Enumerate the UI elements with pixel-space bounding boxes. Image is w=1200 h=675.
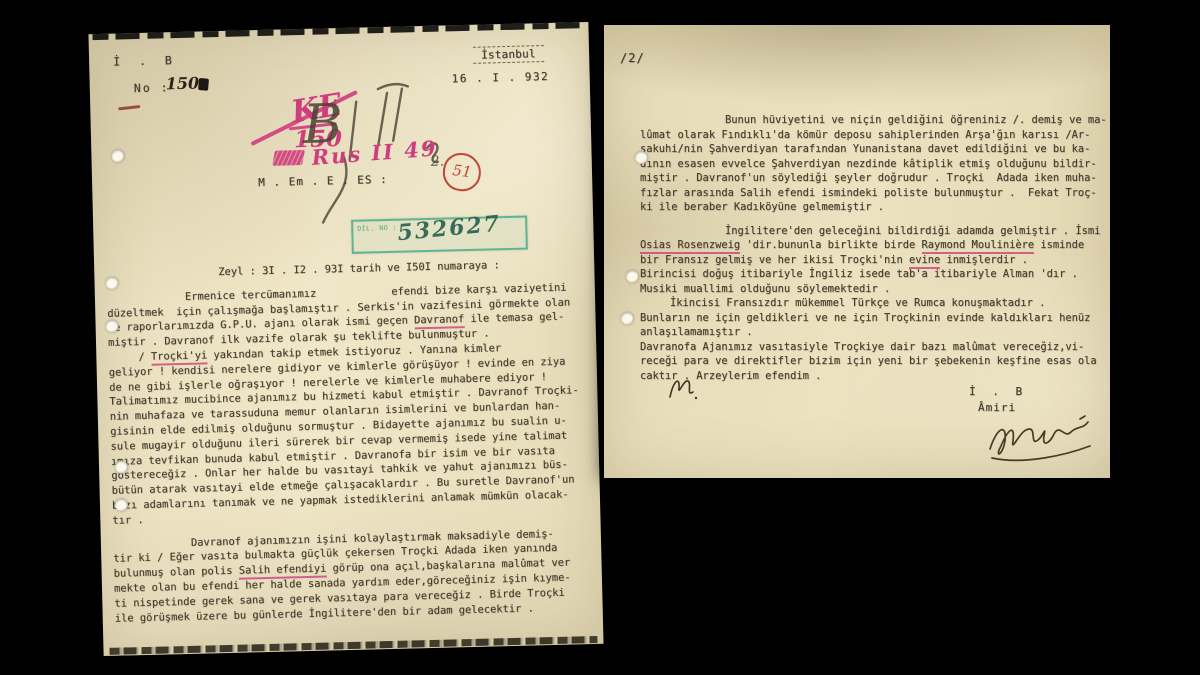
typed-text-line: miştir . Davranof'un söylediği şeyler do… <box>640 171 1104 186</box>
document-no-label: No : <box>134 80 170 95</box>
typed-text: lûmat olarak Fındıklı'da kömür deposu sa… <box>640 129 1090 141</box>
document-no-number: 150 <box>165 73 209 93</box>
pink-underlined-text: Raymond Moulinière <box>922 239 1035 254</box>
typed-text: receği para ve direktifler bizim için ye… <box>640 355 1097 367</box>
typed-text-line: Bunların ne için geldikleri ve ne için T… <box>640 311 1104 326</box>
city-name: İstanbul <box>473 45 544 64</box>
paraph-mark <box>662 371 700 405</box>
closing-org: İ . B <box>969 385 1027 398</box>
typed-text-line: receği para ve direktifler bizim için ye… <box>640 354 1104 369</box>
typed-text-line: caktır . Arzeylerim efendim . <box>640 369 1104 384</box>
pink-scribble-block <box>272 150 305 166</box>
document-date: 16 . I . 932 <box>452 70 550 85</box>
typed-text-line: anlaşılamamıştır . <box>640 325 1104 340</box>
typed-text: fızlar arasında Salih efendi ismindeki p… <box>640 187 1097 199</box>
punch-hole <box>626 270 639 283</box>
letter-page-2: /2/ Bunun hüviyetini ve niçin geldiğini … <box>604 25 1110 478</box>
typed-text: miştir . Davranof'un söylediği şeyler do… <box>640 172 1097 184</box>
pink-underlined-text: Osias Rosenzweig <box>640 239 740 254</box>
typed-text-line: Bunun hüviyetini ve niçin geldiğini öğre… <box>640 113 1104 128</box>
scan-background: { "page1": { "header": { "org": "İ . B",… <box>0 0 1200 675</box>
ink-blot <box>198 78 209 91</box>
typed-text: Zeyl : 3I . I2 . 93I tarih ve I50I numar… <box>218 259 500 278</box>
typed-text: dının esasen evvelce Şahverdiyan nezdind… <box>640 158 1097 170</box>
page1-body-text: Zeyl : 3I . I2 . 93I tarih ve I50I numar… <box>106 256 591 626</box>
typed-text: Bunun hüviyetini ve niçin geldiğini öğre… <box>725 114 1107 126</box>
org-abbreviation: İ . B <box>113 53 178 69</box>
typed-text: ile temasa gel- <box>464 311 564 325</box>
typed-text-line: Birincisi doğuş itibariyle İngiliz isede… <box>640 267 1104 282</box>
typed-text: bulunmuş olan polis <box>114 565 239 580</box>
typed-text-line: Musiki muallimi olduğunu söylemektedir . <box>640 282 1104 297</box>
typed-text-line: ki ile beraber Kadıköyüne gelmemiştir . <box>640 200 1104 215</box>
cropped-text-remnant-bottom <box>109 636 597 655</box>
typed-text: Birincisi doğuş itibariyle İngiliz isede… <box>640 268 1078 280</box>
typed-text-line: Zeyl : 3I . I2 . 93I tarih ve I50I numar… <box>106 256 582 282</box>
red-dash-mark <box>118 105 140 110</box>
typed-text: isminde <box>1034 239 1084 251</box>
page-number: /2/ <box>620 51 645 65</box>
typed-text: 'dir.bununla birlikte birde <box>740 239 921 251</box>
letter-page-1: İ . B No : 150 İstanbul 16 . I . 932 KE … <box>88 22 603 656</box>
typed-text-line: bir Fransız gelmiş ve her ikisi Troçki'n… <box>640 253 1104 268</box>
typed-text-line: Osias Rosenzweig 'dir.bununla birlikte b… <box>640 238 1104 253</box>
typed-text: Davranofa Ajanımız vasıtasiyle Troçkiye … <box>640 341 1084 353</box>
typed-text-line: şakuhi/nin Şahverdiyan tarafından Yunani… <box>640 142 1104 157</box>
typed-text-line: lûmat olarak Fındıklı'da kömür deposu sa… <box>640 128 1104 143</box>
punch-hole <box>635 151 648 164</box>
typed-text: bir Fransız gelmiş ve her ikisi Troçki'n… <box>640 254 909 266</box>
typed-text-line: İkincisi Fransızdır mükemmel Türkçe ve R… <box>640 296 1104 311</box>
typed-text: İkincisi Fransızdır mükemmel Türkçe ve R… <box>670 297 1045 309</box>
typed-text: / <box>138 351 151 363</box>
typed-text-line: dının esasen evvelce Şahverdiyan nezdind… <box>640 157 1104 172</box>
typed-text: inmişlerdir . <box>940 254 1028 266</box>
typed-text: Bunların ne için geldikleri ve ne için T… <box>640 312 1090 324</box>
cropped-text-remnant-top <box>92 22 584 40</box>
typed-text: anlaşılamamıştır . <box>640 326 753 338</box>
typed-text: ki ile beraber Kadıköyüne gelmemiştir . <box>640 201 884 213</box>
typed-text: Musiki muallimi olduğunu söylemektedir . <box>640 283 890 295</box>
page2-body-text: Bunun hüviyetini ve niçin geldiğini öğre… <box>640 113 1104 383</box>
punch-hole <box>111 149 124 162</box>
registry-stamp: DİL. NO : 532627 <box>351 216 528 254</box>
typed-text: tır . <box>112 514 144 527</box>
handwritten-signature <box>984 413 1102 463</box>
typed-text-line: Davranofa Ajanımız vasıtasiyle Troçkiye … <box>640 340 1104 355</box>
typed-text-line: İngilitere'den geleceğini bildirdiği ada… <box>640 224 1104 239</box>
typed-text: İngilitere'den geleceğini bildirdiği ada… <box>725 225 1100 237</box>
typed-text-line: fızlar arasında Salih efendi ismindeki p… <box>640 186 1104 201</box>
typed-text: şakuhi/nin Şahverdiyan tarafından Yunani… <box>640 143 1090 155</box>
stamp-label: DİL. NO : <box>357 225 397 233</box>
punch-hole <box>621 312 634 325</box>
